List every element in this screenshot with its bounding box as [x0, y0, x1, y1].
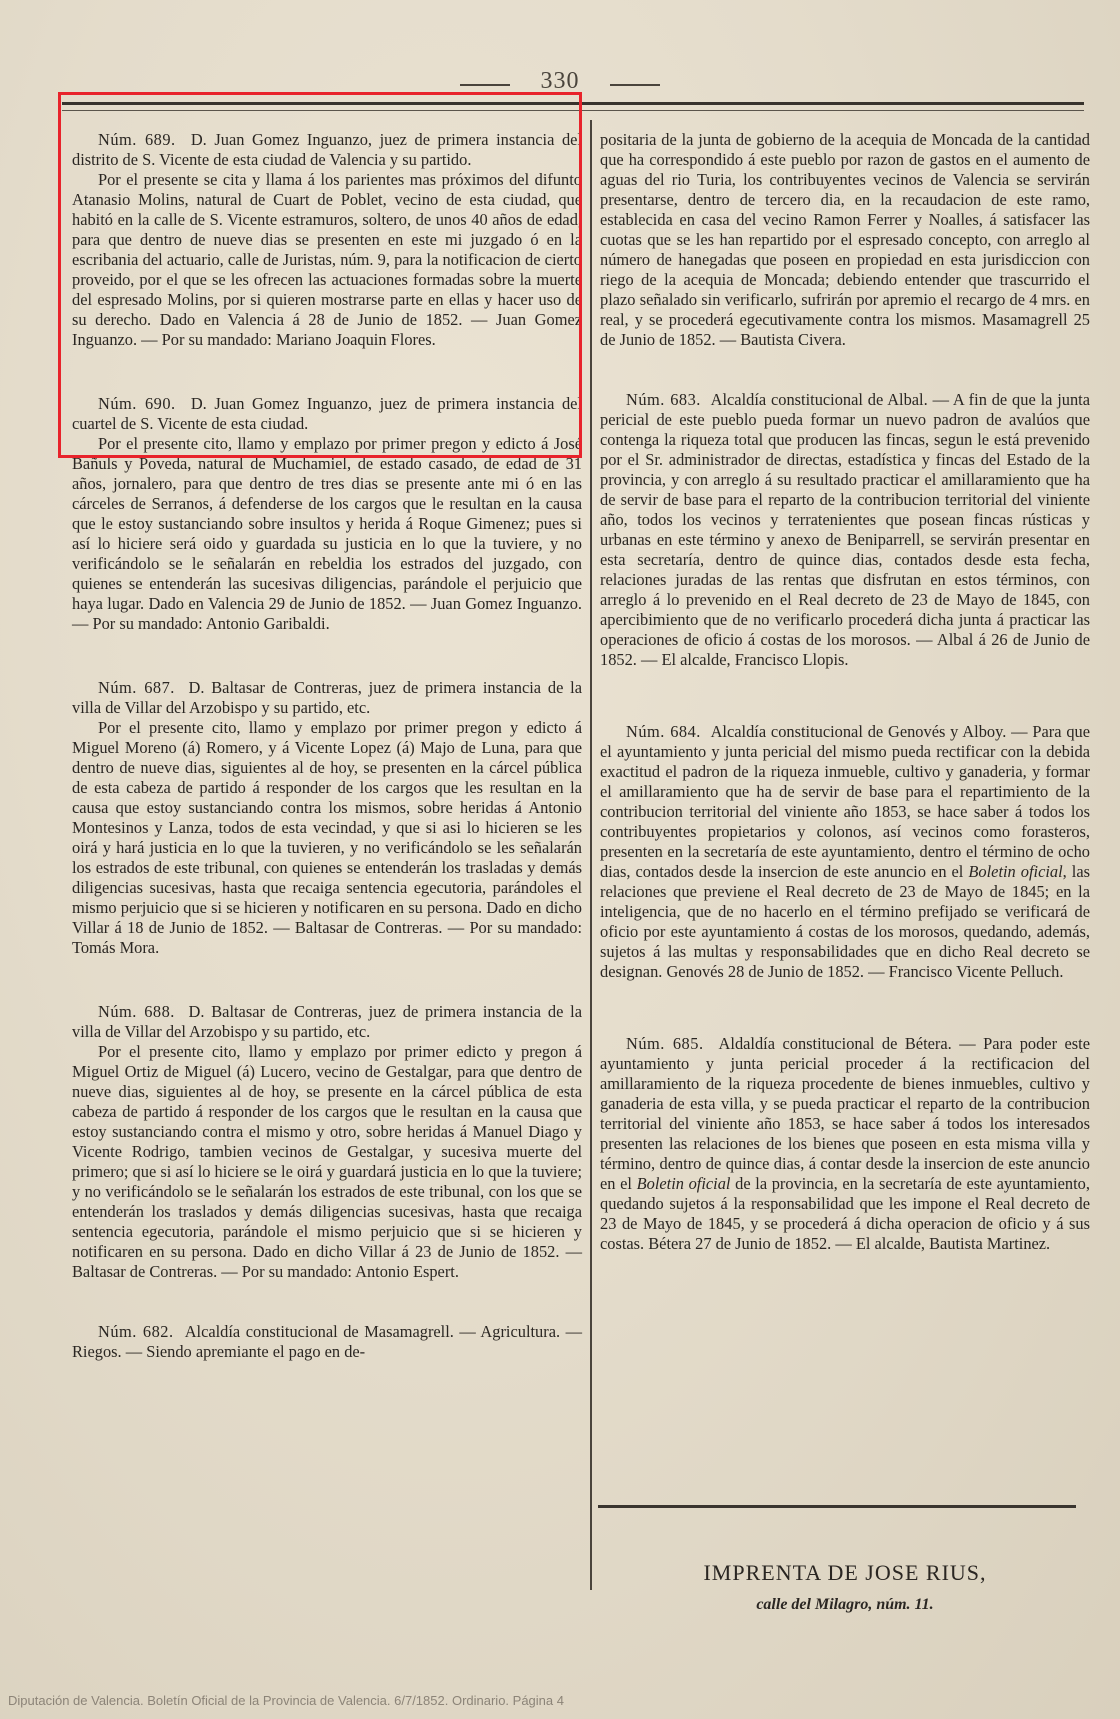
notice-number: Núm. 684.	[626, 722, 701, 741]
boletin-oficial-reference: Boletin oficial	[968, 862, 1062, 881]
notice-body: positaria de la junta de gobierno de la …	[600, 130, 1090, 350]
right-column: positaria de la junta de gobierno de la …	[600, 130, 1090, 1282]
notice-number: Núm. 688.	[98, 1002, 175, 1021]
notice-685: Núm. 685. Aldaldía constitucional de Bét…	[600, 1034, 1090, 1254]
notice-body: Por el presente cito, llamo y emplazo po…	[72, 434, 582, 634]
notice-title: Alcaldía constitucional de Genovés y Alb…	[711, 722, 1007, 741]
boletin-oficial-reference: Boletin oficial	[637, 1174, 731, 1193]
notice-body: Por el presente cito, llamo y emplazo po…	[72, 718, 582, 958]
notice-683: Núm. 683. Alcaldía constitucional de Alb…	[600, 390, 1090, 670]
notice-number: Núm. 685.	[626, 1034, 704, 1053]
notice-title: Alcaldía constitucional de Albal.	[711, 390, 928, 409]
notice-number: Núm. 683.	[626, 390, 701, 409]
notice-682-continuation: positaria de la junta de gobierno de la …	[600, 130, 1090, 350]
notice-body: Por el presente cito, llamo y emplazo po…	[72, 1042, 582, 1282]
notice-number: Núm. 682.	[98, 1322, 174, 1341]
archive-source-footer: Diputación de Valencia. Boletín Oficial …	[8, 1693, 564, 1708]
page-number: 330	[500, 68, 620, 95]
notice-body: — Para poder este ayuntamiento y junta p…	[600, 1034, 1090, 1193]
notice-682: Núm. 682. Alcaldía constitucional de Mas…	[72, 1322, 582, 1362]
notice-title: Aldaldía constitucional de Bétera.	[719, 1034, 952, 1053]
notice-body: — A fin de que la junta pericial de este…	[600, 390, 1090, 669]
highlight-box-notice-689	[58, 92, 582, 458]
notice-684: Núm. 684. Alcaldía constitucional de Gen…	[600, 722, 1090, 982]
printer-address: calle del Milagro, núm. 11.	[600, 1596, 1090, 1614]
notice-number: Núm. 687.	[98, 678, 175, 697]
notice-688: Núm. 688. D. Baltasar de Contreras, juez…	[72, 1002, 582, 1282]
notice-687: Núm. 687. D. Baltasar de Contreras, juez…	[72, 678, 582, 958]
closing-rule	[598, 1505, 1076, 1512]
printer-name: IMPRENTA DE JOSE RIUS,	[600, 1560, 1090, 1586]
column-divider	[590, 120, 592, 1590]
printer-imprint: IMPRENTA DE JOSE RIUS, calle del Milagro…	[600, 1560, 1090, 1614]
notice-body: — Para que el ayuntamiento y junta peric…	[600, 722, 1090, 881]
